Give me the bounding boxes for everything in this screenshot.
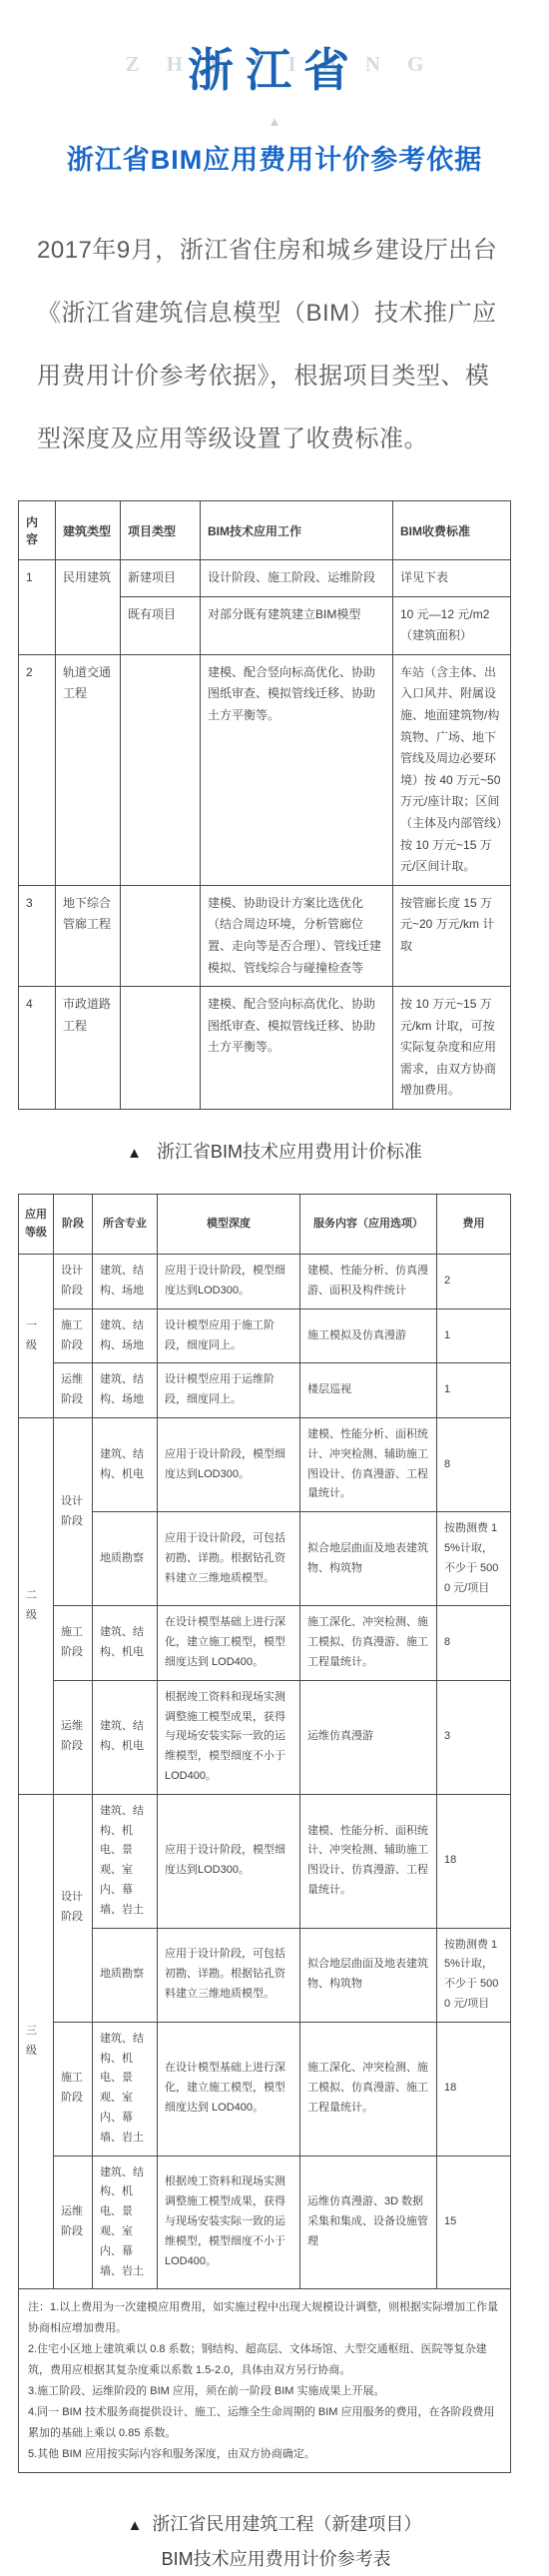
table-row: 2 轨道交通工程 建模、配合竖向标高优化、协助图纸审查、模拟管线迁移、协助土方平… — [19, 654, 511, 885]
table-cell: 车站（含主体、出入口风井、附属设施、地面建筑物/构筑物、广场、地下管线及周边必要… — [393, 654, 511, 885]
notes-cell: 注：1.以上费用为一次建模应用费用，如实施过程中出现大规模设计调整，则根据实际增… — [19, 2289, 511, 2473]
fee-cell: 18 — [437, 2022, 511, 2155]
table-cell: 2 — [19, 654, 56, 885]
table2-caption: ▲浙江省民用建筑工程（新建项目） BIM技术应用费用计价参考表 — [0, 2507, 549, 2575]
table-cell: 建筑、结构、场地 — [93, 1255, 158, 1309]
intro-line: 《浙江省建筑信息模型（BIM）技术推广应 — [37, 282, 512, 345]
table-cell: 运维仿真漫游、3D 数据采集和集成、设备设施管理 — [300, 2155, 437, 2289]
column-header: BIM收费标准 — [393, 501, 511, 560]
table-cell — [121, 654, 201, 885]
note-line: 5.其他 BIM 应用按实际内容和服务深度，由双方协商确定。 — [28, 2444, 501, 2465]
intro-paragraph: 2017年9月，浙江省住房和城乡建设厅出台 《浙江省建筑信息模型（BIM）技术推… — [37, 219, 512, 470]
table-cell: 按 10 万元~15 万元/km 计取，可按实际复杂度和应用需求，由双方协商增加… — [393, 987, 511, 1110]
fee-cell: 1 — [437, 1363, 511, 1418]
table-cell: 在设计模型基础上进行深化，建立施工模型，模型细度达到 LOD400。 — [158, 2022, 300, 2155]
table-cell: 应用于设计阶段，模型细度达到LOD300。 — [158, 1418, 300, 1512]
table-cell: 施工阶段 — [54, 1308, 93, 1363]
table-cell: 建模、性能分析、面积统计、冲突检测、辅助施工图设计、仿真漫游、工程量统计。 — [300, 1418, 437, 1512]
table-row: 施工阶段 建筑、结构、机电 在设计模型基础上进行深化，建立施工模型，模型细度达到… — [19, 1606, 511, 1680]
caption-text: 浙江省民用建筑工程（新建项目） — [152, 2514, 421, 2534]
table-row: 3 地下综合管廊工程 建模、协助设计方案比选优化（结合周边环境，分析管廊位置、走… — [19, 885, 511, 986]
fee-cell: 8 — [437, 1606, 511, 1680]
table-row: 运维阶段 建筑、结构、机电、景观、室内、幕墙、岩土 根据竣工资料和现场实测调整施… — [19, 2155, 511, 2289]
table-cell: 根据竣工资料和现场实测调整施工模型成果，获得与现场安装实际一致的运维模型，模型细… — [158, 2155, 300, 2289]
table-cell: 详见下表 — [393, 560, 511, 597]
table-cell: 在设计模型基础上进行深化，建立施工模型，模型细度达到 LOD400。 — [158, 1606, 300, 1680]
column-header: 模型深度 — [158, 1195, 300, 1255]
column-header: 所含专业 — [93, 1195, 158, 1255]
column-header: 项目类型 — [121, 501, 201, 560]
table-cell: 市政道路工程 — [56, 987, 121, 1110]
triangle-up-icon: ▲ — [127, 1145, 142, 1162]
table-row: 施工阶段 建筑、结构、场地 设计模型应用于施工阶段，细度同上。 施工模拟及仿真漫… — [19, 1308, 511, 1363]
table-cell: 设计阶段 — [54, 1794, 93, 2022]
table-cell: 运维仿真漫游 — [300, 1680, 437, 1794]
table-cell: 新建项目 — [121, 560, 201, 597]
table-cell: 建筑、结构、场地 — [93, 1308, 158, 1363]
column-header: 建筑类型 — [56, 501, 121, 560]
column-header: 阶段 — [54, 1195, 93, 1255]
table-cell: 施工模拟及仿真漫游 — [300, 1308, 437, 1363]
table-header-row: 内容 建筑类型 项目类型 BIM技术应用工作 BIM收费标准 — [19, 501, 511, 560]
table-notes-row: 注：1.以上费用为一次建模应用费用，如实施过程中出现大规模设计调整，则根据实际增… — [19, 2289, 511, 2473]
table-row: 运维阶段 建筑、结构、场地 设计模型应用于运维阶段，细度同上。 楼层巡视 1 — [19, 1363, 511, 1418]
table-cell: 设计阶段 — [54, 1418, 93, 1606]
table-cell: 设计阶段 — [54, 1255, 93, 1309]
table-cell: 建筑、结构、机电 — [93, 1418, 158, 1512]
table-cell: 建模、配合竖向标高优化、协助图纸审查、模拟管线迁移、协助土方平衡等。 — [201, 654, 393, 885]
table-row: 运维阶段 建筑、结构、机电 根据竣工资料和现场实测调整施工模型成果，获得与现场安… — [19, 1680, 511, 1794]
fee-cell: 按勘测费 15%计取，不少于 5000 元/项目 — [437, 1928, 511, 2022]
table-cell: 1 — [19, 560, 56, 655]
table-cell: 拟合地层曲面及地表建筑物、构筑物 — [300, 1928, 437, 2022]
table-cell: 运维阶段 — [54, 2155, 93, 2289]
caption-block: ▲浙江省民用建筑工程（新建项目） BIM技术应用费用计价参考表 — [128, 2507, 422, 2575]
level-cell: 一级 — [19, 1255, 54, 1418]
table-cell: 运维阶段 — [54, 1680, 93, 1794]
fee-cell: 18 — [437, 1794, 511, 1928]
table-cell: 按管廊长度 15 万元~20 万元/km 计取 — [393, 885, 511, 986]
table-cell: 地质勘察 — [93, 1928, 158, 2022]
table-cell: 建模、性能分析、面积统计、冲突检测、辅助施工图设计、仿真漫游、工程量统计。 — [300, 1794, 437, 1928]
fee-cell: 15 — [437, 2155, 511, 2289]
note-line: 注：1.以上费用为一次建模应用费用，如实施过程中出现大规模设计调整，则根据实际增… — [28, 2297, 501, 2339]
table-cell: 建筑、结构、机电、景观、室内、幕墙、岩土 — [93, 1794, 158, 1928]
fee-cell: 2 — [437, 1255, 511, 1309]
province-title: 浙江省 — [188, 34, 361, 100]
table-cell: 民用建筑 — [56, 560, 121, 655]
table-cell: 3 — [19, 885, 56, 986]
intro-line: 2017年9月，浙江省住房和城乡建设厅出台 — [37, 219, 512, 282]
table-cell: 施工深化、冲突检测、施工模拟、仿真漫游、施工工程量统计。 — [300, 1606, 437, 1680]
table-cell: 应用于设计阶段，可包括初勘、详勘。根据钻孔资料建立三维地质模型。 — [158, 1512, 300, 1606]
table-cell: 10 元—12 元/m2（建筑面积） — [393, 596, 511, 654]
note-line: 4.同一 BIM 技术服务商提供设计、施工、运维全生命周期的 BIM 应用服务的… — [28, 2402, 501, 2444]
table-cell: 根据竣工资料和现场实测调整施工模型成果，获得与现场安装实际一致的运维模型，模型细… — [158, 1680, 300, 1794]
table-cell: 应用于设计阶段，模型细度达到LOD300。 — [158, 1255, 300, 1309]
table-cell: 楼层巡视 — [300, 1363, 437, 1418]
table-row: 一级 设计阶段 建筑、结构、场地 应用于设计阶段，模型细度达到LOD300。 建… — [19, 1255, 511, 1309]
table-cell: 4 — [19, 987, 56, 1110]
article-page: ZHEJIANG 浙江省 ▲ 浙江省BIM应用费用计价参考依据 2017年9月，… — [0, 0, 549, 2576]
table-cell: 建筑、结构、机电、景观、室内、幕墙、岩土 — [93, 2022, 158, 2155]
note-line: 2.住宅小区地上建筑乘以 0.8 系数；钢结构、超高层、文体场馆、大型交通枢纽、… — [28, 2339, 501, 2381]
reference-fee-table: 应用等级 阶段 所含专业 模型深度 服务内容（应用选项） 费用 一级 设计阶段 … — [18, 1194, 511, 2473]
fee-cell: 8 — [437, 1418, 511, 1512]
table-cell: 建模、性能分析、仿真漫游、面积及构件统计 — [300, 1255, 437, 1309]
level-cell: 二级 — [19, 1418, 54, 1795]
header: ZHEJIANG 浙江省 — [0, 26, 549, 110]
table-cell: 建筑、结构、机电、景观、室内、幕墙、岩土 — [93, 2155, 158, 2289]
table-cell: 施工深化、冲突检测、施工模拟、仿真漫游、施工工程量统计。 — [300, 2022, 437, 2155]
table-cell: 设计模型应用于运维阶段，细度同上。 — [158, 1363, 300, 1418]
table-cell: 施工阶段 — [54, 2022, 93, 2155]
table-cell: 轨道交通工程 — [56, 654, 121, 885]
column-header: BIM技术应用工作 — [201, 501, 393, 560]
level-cell: 三级 — [19, 1794, 54, 2289]
table-row: 施工阶段 建筑、结构、机电、景观、室内、幕墙、岩土 在设计模型基础上进行深化，建… — [19, 2022, 511, 2155]
column-header: 应用等级 — [19, 1195, 54, 1255]
pricing-standard-table: 内容 建筑类型 项目类型 BIM技术应用工作 BIM收费标准 1 民用建筑 新建… — [18, 500, 511, 1110]
table-cell: 建模、配合竖向标高优化、协助图纸审查、模拟管线迁移、协助土方平衡等。 — [201, 987, 393, 1110]
table-header-row: 应用等级 阶段 所含专业 模型深度 服务内容（应用选项） 费用 — [19, 1195, 511, 1255]
caption-line: ▲浙江省民用建筑工程（新建项目） — [128, 2507, 422, 2541]
intro-line: 用费用计价参考依据》，根据项目类型、模 — [37, 345, 512, 408]
triangle-up-icon: ▲ — [128, 2517, 143, 2534]
table1-caption: ▲ 浙江省BIM技术应用费用计价标准 — [0, 1138, 549, 1164]
table-row: 1 民用建筑 新建项目 设计阶段、施工阶段、运维阶段 详见下表 — [19, 560, 511, 597]
fee-cell: 1 — [437, 1308, 511, 1363]
table-cell: 应用于设计阶段，模型细度达到LOD300。 — [158, 1794, 300, 1928]
column-header: 服务内容（应用选项） — [300, 1195, 437, 1255]
table-cell: 地下综合管廊工程 — [56, 885, 121, 986]
table-cell: 建筑、结构、机电 — [93, 1680, 158, 1794]
table-cell: 拟合地层曲面及地表建筑物、构筑物 — [300, 1512, 437, 1606]
table-row: 二级 设计阶段 建筑、结构、机电 应用于设计阶段，模型细度达到LOD300。 建… — [19, 1418, 511, 1512]
table-row: 4 市政道路工程 建模、配合竖向标高优化、协助图纸审查、模拟管线迁移、协助土方平… — [19, 987, 511, 1110]
table-row: 地质勘察 应用于设计阶段，可包括初勘、详勘。根据钻孔资料建立三维地质模型。 拟合… — [19, 1928, 511, 2022]
table-cell: 地质勘察 — [93, 1512, 158, 1606]
table-cell: 建模、协助设计方案比选优化（结合周边环境，分析管廊位置、走向等是否合理）、管线迁… — [201, 885, 393, 986]
table-cell: 对部分既有建筑建立BIM模型 — [201, 596, 393, 654]
fee-cell: 3 — [437, 1680, 511, 1794]
table-cell: 建筑、结构、场地 — [93, 1363, 158, 1418]
table-cell: 设计阶段、施工阶段、运维阶段 — [201, 560, 393, 597]
page-title: 浙江省BIM应用费用计价参考依据 — [0, 138, 549, 177]
table-cell — [121, 987, 201, 1110]
intro-line: 型深度及应用等级设置了收费标准。 — [37, 408, 512, 470]
fee-cell: 按勘测费 15%计取，不少于 5000 元/项目 — [437, 1512, 511, 1606]
column-header: 内容 — [19, 501, 56, 560]
table-cell: 设计模型应用于施工阶段，细度同上。 — [158, 1308, 300, 1363]
note-line: 3.施工阶段、运维阶段的 BIM 应用，须在前一阶段 BIM 实施成果上开展。 — [28, 2381, 501, 2402]
table-cell: 应用于设计阶段，可包括初勘、详勘。根据钻孔资料建立三维地质模型。 — [158, 1928, 300, 2022]
table-cell: 建筑、结构、机电 — [93, 1606, 158, 1680]
table-cell: 既有项目 — [121, 596, 201, 654]
column-header: 费用 — [437, 1195, 511, 1255]
caption-line: BIM技术应用费用计价参考表 — [128, 2542, 422, 2576]
table-cell — [121, 885, 201, 986]
table-cell: 运维阶段 — [54, 1363, 93, 1418]
table-row: 地质勘察 应用于设计阶段，可包括初勘、详勘。根据钻孔资料建立三维地质模型。 拟合… — [19, 1512, 511, 1606]
triangle-up-icon: ▲ — [0, 114, 549, 130]
caption-text: 浙江省BIM技术应用费用计价标准 — [157, 1142, 422, 1162]
table-cell: 施工阶段 — [54, 1606, 93, 1680]
table-row: 三级 设计阶段 建筑、结构、机电、景观、室内、幕墙、岩土 应用于设计阶段，模型细… — [19, 1794, 511, 1928]
